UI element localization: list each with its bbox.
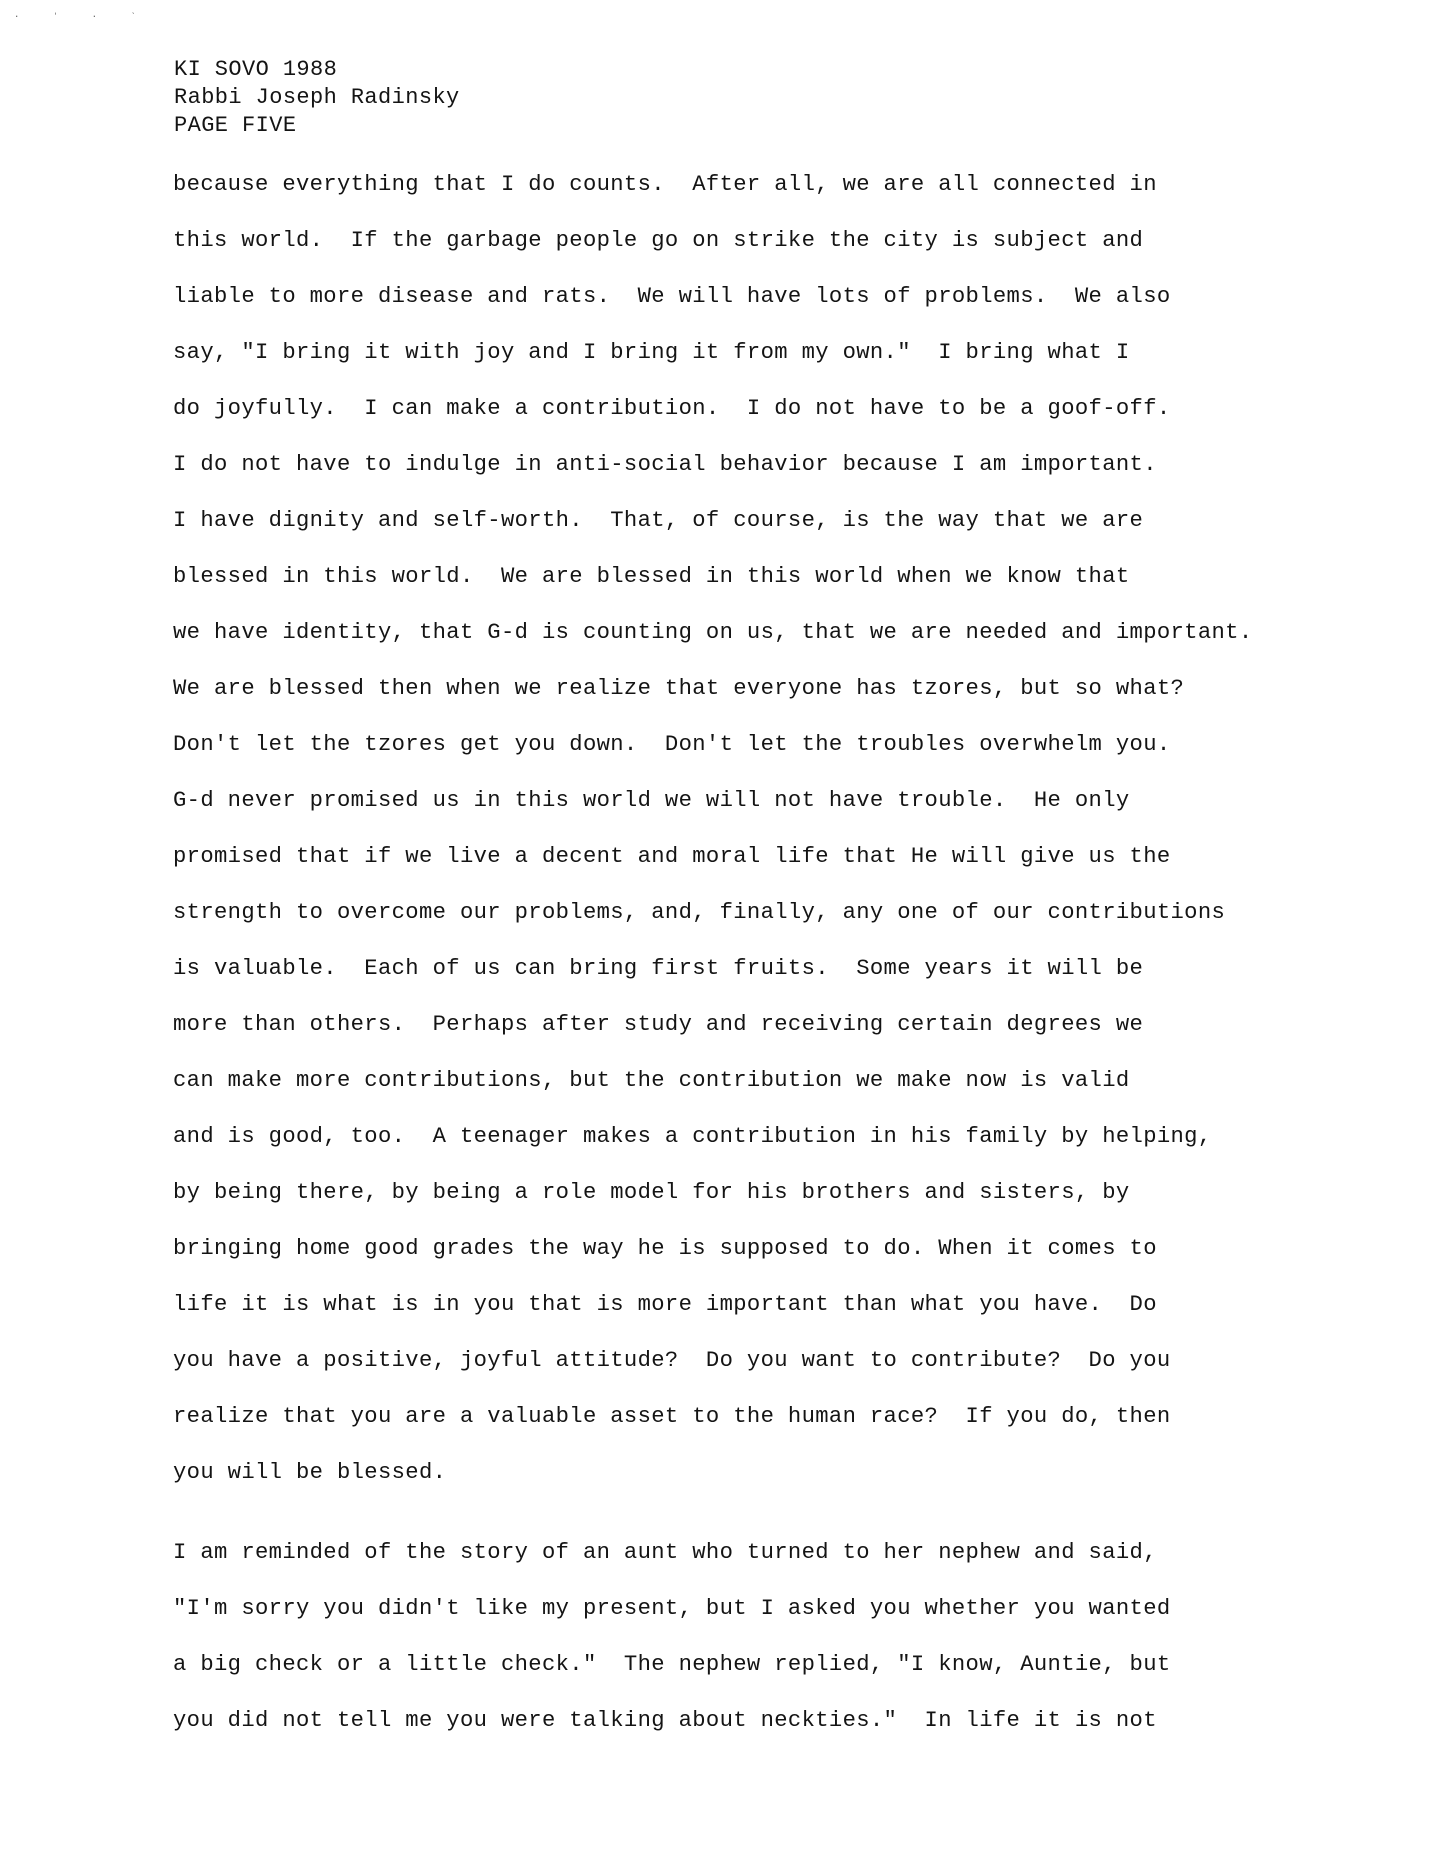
text-line: G-d never promised us in this world we w… [173, 787, 1130, 815]
text-line: because everything that I do counts. Aft… [173, 171, 1157, 199]
text-line: promised that if we live a decent and mo… [173, 843, 1171, 871]
document-title: KI SOVO 1988 [174, 56, 460, 84]
text-line: and is good, too. A teenager makes a con… [173, 1123, 1212, 1151]
text-line: say, "I bring it with joy and I bring it… [173, 339, 1130, 367]
document-author: Rabbi Joseph Radinsky [174, 84, 460, 112]
text-line: life it is what is in you that is more i… [173, 1291, 1157, 1319]
text-line: Don't let the tzores get you down. Don't… [173, 731, 1171, 759]
text-line: you will be blessed. [173, 1459, 446, 1487]
text-line: you have a positive, joyful attitude? Do… [173, 1347, 1171, 1375]
text-line: we have identity, that G-d is counting o… [173, 619, 1253, 647]
text-line: blessed in this world. We are blessed in… [173, 563, 1130, 591]
text-line: I have dignity and self-worth. That, of … [173, 507, 1143, 535]
text-line: do joyfully. I can make a contribution. … [173, 395, 1171, 423]
text-line: more than others. Perhaps after study an… [173, 1011, 1143, 1039]
text-line: is valuable. Each of us can bring first … [173, 955, 1143, 983]
text-line: "I'm sorry you didn't like my present, b… [173, 1595, 1171, 1623]
text-line: this world. If the garbage people go on … [173, 227, 1143, 255]
text-line: by being there, by being a role model fo… [173, 1179, 1130, 1207]
text-line: strength to overcome our problems, and, … [173, 899, 1225, 927]
text-line: you did not tell me you were talking abo… [173, 1707, 1157, 1735]
text-line: liable to more disease and rats. We will… [173, 283, 1171, 311]
text-line: can make more contributions, but the con… [173, 1067, 1130, 1095]
document-header: KI SOVO 1988 Rabbi Joseph Radinsky PAGE … [174, 56, 460, 140]
text-line: I am reminded of the story of an aunt wh… [173, 1539, 1157, 1567]
text-line: bringing home good grades the way he is … [173, 1235, 1157, 1263]
scan-artifacts: · ʻ · ‵ [14, 12, 150, 22]
text-line: We are blessed then when we realize that… [173, 675, 1184, 703]
text-line: I do not have to indulge in anti-social … [173, 451, 1157, 479]
text-line: realize that you are a valuable asset to… [173, 1403, 1171, 1431]
text-line: a big check or a little check." The neph… [173, 1651, 1171, 1679]
page-label: PAGE FIVE [174, 112, 460, 140]
document-page: · ʻ · ‵ KI SOVO 1988 Rabbi Joseph Radins… [0, 0, 1430, 1851]
